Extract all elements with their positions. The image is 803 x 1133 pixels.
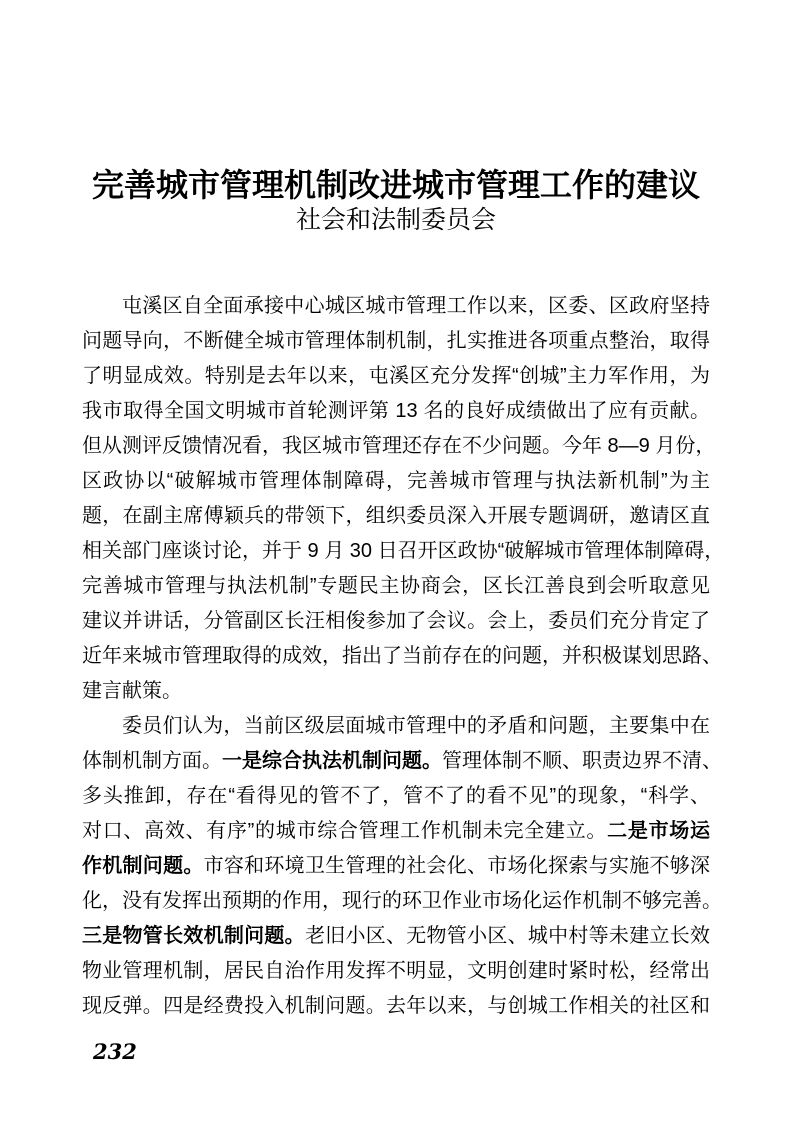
body-text: 近年来城市管理取得的成效，指出了当前存在的问题，并积极谋划思路、	[82, 645, 722, 667]
body-text: 问题导向，不断健全城市管理体制机制，扎实推进各项重点整治，取得	[82, 330, 710, 352]
body-line: 委员们认为，当前区级层面城市管理中的矛盾和问题，主要集中在	[82, 709, 710, 744]
body-text: 委员们认为，当前区级层面城市管理中的矛盾和问题，主要集中在	[122, 715, 710, 737]
body-line: 相关部门座谈讨论，并于 9 月 30 日召开区政协“破解城市管理体制障碍，	[82, 534, 710, 569]
body-text: 老旧小区、无物管小区、城中村等未建立长效	[305, 925, 710, 947]
body-text: 屯溪区自全面承接中心城区城市管理工作以来，区委、区政府坚持	[122, 295, 710, 317]
body-line: 完善城市管理与执法机制”专题民主协商会，区长江善良到会听取意见	[82, 569, 710, 604]
body-line: 了明显成效。特别是去年以来，屯溪区充分发挥“创城”主力军作用，为	[82, 359, 710, 394]
page-number: 232	[93, 1040, 137, 1064]
body-line: 但从测评反馈情况看，我区城市管理还存在不少问题。今年 8—9 月份，	[82, 429, 710, 464]
emphasis-text: 一是综合执法机制问题。	[222, 750, 442, 772]
emphasis-text: 二是市场运	[607, 820, 710, 842]
document-author: 社会和法制委员会	[82, 203, 710, 239]
body-line: 三是物管长效机制问题。老旧小区、无物管小区、城中村等未建立长效	[82, 919, 710, 954]
body-line: 区政协以“破解城市管理体制障碍，完善城市管理与执法新机制”为主	[82, 464, 710, 499]
body-text: 建言献策。	[82, 680, 182, 702]
body-line: 化，没有发挥出预期的作用，现行的环卫作业市场化运作机制不够完善。	[82, 884, 710, 919]
body-line: 作机制问题。市容和环境卫生管理的社会化、市场化探索与实施不够深	[82, 849, 710, 884]
body-text: 相关部门座谈讨论，并于 9 月 30 日召开区政协“破解城市管理体制障碍，	[82, 540, 724, 562]
emphasis-text: 三是物管长效机制问题。	[82, 925, 305, 947]
body-line: 对口、高效、有序”的城市综合管理工作机制未完全建立。二是市场运	[82, 814, 710, 849]
body-line: 现反弹。四是经费投入机制问题。去年以来，与创城工作相关的社区和	[82, 989, 710, 1024]
emphasis-text: 作机制问题。	[82, 855, 204, 877]
body-text: 多头推卸，存在“看得见的管不了，管不了的看不见”的现象，“科学、	[82, 785, 710, 807]
body-line: 多头推卸，存在“看得见的管不了，管不了的看不见”的现象，“科学、	[82, 779, 710, 814]
document-body: 屯溪区自全面承接中心城区城市管理工作以来，区委、区政府坚持问题导向，不断健全城市…	[82, 289, 710, 1024]
body-line: 物业管理机制，居民自治作用发挥不明显，文明创建时紧时松，经常出	[82, 954, 710, 989]
body-line: 屯溪区自全面承接中心城区城市管理工作以来，区委、区政府坚持	[82, 289, 710, 324]
body-text: 物业管理机制，居民自治作用发挥不明显，文明创建时紧时松，经常出	[82, 960, 710, 982]
body-text: 但从测评反馈情况看，我区城市管理还存在不少问题。今年 8—9 月份，	[82, 435, 715, 457]
body-text: 对口、高效、有序”的城市综合管理工作机制未完全建立。	[82, 820, 607, 842]
body-line: 体制机制方面。一是综合执法机制问题。管理体制不顺、职责边界不清、	[82, 744, 710, 779]
body-line: 建议并讲话，分管副区长汪相俊参加了会议。会上，委员们充分肯定了	[82, 604, 710, 639]
body-line: 题，在副主席傅颖兵的带领下，组织委员深入开展专题调研，邀请区直	[82, 499, 710, 534]
body-text: 管理体制不顺、职责边界不清、	[442, 750, 722, 772]
body-text: 市容和环境卫生管理的社会化、市场化探索与实施不够深	[204, 855, 710, 877]
body-text: 了明显成效。特别是去年以来，屯溪区充分发挥“创城”主力军作用，为	[82, 365, 710, 387]
body-text: 建议并讲话，分管副区长汪相俊参加了会议。会上，委员们充分肯定了	[82, 610, 710, 632]
body-line: 我市取得全国文明城市首轮测评第 13 名的良好成绩做出了应有贡献。	[82, 394, 710, 429]
body-text: 化，没有发挥出预期的作用，现行的环卫作业市场化运作机制不够完善。	[82, 890, 722, 912]
body-line: 近年来城市管理取得的成效，指出了当前存在的问题，并积极谋划思路、	[82, 639, 710, 674]
body-text: 题，在副主席傅颖兵的带领下，组织委员深入开展专题调研，邀请区直	[82, 505, 710, 527]
body-text: 现反弹。四是经费投入机制问题。去年以来，与创城工作相关的社区和	[82, 995, 710, 1017]
body-text: 我市取得全国文明城市首轮测评第 13 名的良好成绩做出了应有贡献。	[82, 400, 710, 422]
body-line: 问题导向，不断健全城市管理体制机制，扎实推进各项重点整治，取得	[82, 324, 710, 359]
body-text: 区政协以“破解城市管理体制障碍，完善城市管理与执法新机制”为主	[82, 470, 710, 492]
body-text: 体制机制方面。	[82, 750, 222, 772]
document-title: 完善城市管理机制改进城市管理工作的建议	[82, 164, 710, 206]
document-page: 完善城市管理机制改进城市管理工作的建议 社会和法制委员会 屯溪区自全面承接中心城…	[0, 0, 803, 1133]
body-line: 建言献策。	[82, 674, 710, 709]
body-text: 完善城市管理与执法机制”专题民主协商会，区长江善良到会听取意见	[82, 575, 710, 597]
